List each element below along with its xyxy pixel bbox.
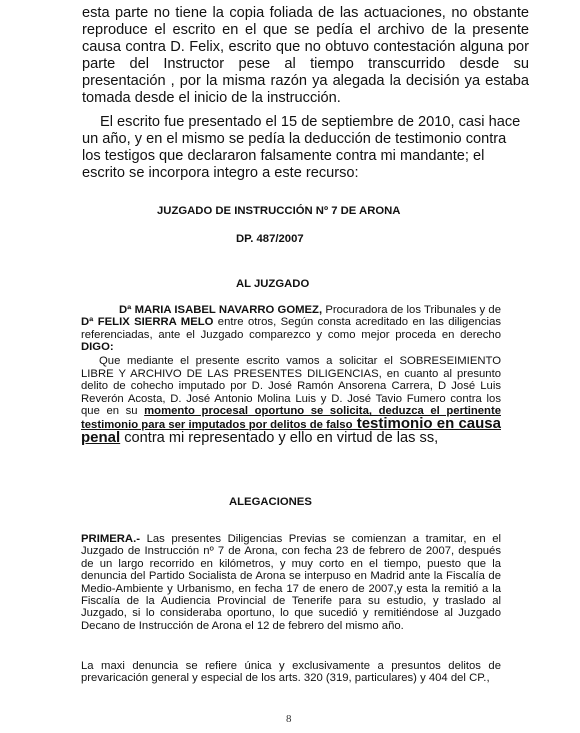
- appearance-paragraph: Dª MARIA ISABEL NAVARRO GOMEZ, Procurado…: [81, 304, 501, 354]
- request-paragraph: Que mediante el presente escrito vamos a…: [81, 355, 501, 445]
- page-number: 8: [286, 713, 292, 725]
- case-number: DP. 487/2007: [236, 233, 304, 245]
- maxi-denuncia-paragraph: La maxi denuncia se refiere única y excl…: [81, 660, 501, 685]
- escrito-paragraph: El escrito fue presentado el 15 de septi…: [82, 114, 522, 182]
- client-name: Dª FELIX SIERRA MELO: [81, 316, 213, 328]
- digo-label: DIGO:: [81, 341, 114, 353]
- primera-label: PRIMERA.-: [81, 533, 140, 545]
- primera-text: Las presentes Diligencias Previas se com…: [81, 533, 501, 632]
- appearance-text-1: Procuradora de los Tribunales y de: [322, 304, 501, 316]
- alegaciones-heading: ALEGACIONES: [229, 496, 312, 508]
- procuradora-name: Dª MARIA ISABEL NAVARRO GOMEZ,: [119, 304, 322, 316]
- request-text-2: contra mi representado y ello en virtud …: [120, 430, 438, 446]
- intro-paragraph: esta parte no tiene la copia foliada de …: [82, 5, 529, 107]
- primera-paragraph: PRIMERA.- Las presentes Diligencias Prev…: [81, 533, 501, 632]
- addressee-heading: AL JUZGADO: [236, 278, 309, 290]
- court-heading: JUZGADO DE INSTRUCCIÓN Nº 7 DE ARONA: [157, 205, 400, 217]
- document-page: esta parte no tiene la copia foliada de …: [0, 0, 580, 733]
